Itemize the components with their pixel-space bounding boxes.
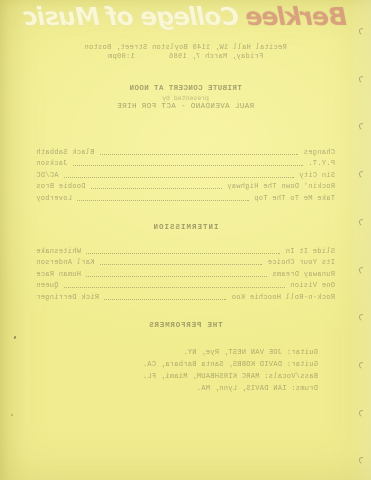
masthead-brand-red: Berklee	[247, 2, 347, 31]
setlist-row: Rock-n-Roll Hoochie KooRick Derringer	[36, 290, 335, 302]
song-title: Slide It In	[285, 248, 335, 256]
venue-line: Recital Hall 1W, 1140 Boylston Street, B…	[0, 44, 371, 52]
song-artist: Human Race	[36, 271, 81, 279]
dot-leader	[64, 177, 294, 178]
dot-leader	[64, 287, 285, 288]
setlist-row: One VisionQueen	[36, 279, 335, 291]
song-artist: Loverboy	[36, 195, 72, 203]
setlist-row: Sin CityAC/DC	[36, 168, 335, 180]
binding-hole-marks	[353, 0, 371, 480]
binding-hole-mark	[358, 75, 366, 84]
song-artist: Doobie Bros	[36, 183, 86, 191]
binding-hole-mark	[358, 409, 366, 418]
date-line: Friday, March 7, 19861:00pm	[0, 53, 371, 61]
setlist-row: Take Me To The TopLoverboy	[36, 191, 335, 203]
song-title: Sin City	[299, 172, 335, 180]
song-title: P.Y.T.	[308, 160, 335, 168]
performer-line: Guitar: JOE VAN NEST, Rye, NY.	[20, 347, 318, 359]
song-title: Changes	[303, 149, 335, 157]
event-title: TRIBUTE CONCERT AT NOON	[0, 85, 371, 93]
song-artist: Karl Anderson	[36, 259, 95, 267]
performer-line: Guitar: DAVID KOBBS, Santa Barbara, CA.	[20, 359, 318, 371]
binding-hole-mark	[358, 218, 366, 227]
setlist-row: ChangesBlack Sabbath	[36, 145, 335, 157]
dot-leader	[86, 276, 267, 277]
song-artist: Rick Derringer	[36, 294, 99, 302]
song-title: Runaway Dreams	[272, 271, 335, 279]
binding-hole-mark	[358, 27, 366, 36]
song-artist: Jackson	[36, 160, 68, 168]
binding-hole-mark	[358, 170, 366, 179]
dot-leader	[91, 188, 222, 189]
setlist-row: Its Your ChoiceKarl Anderson	[36, 256, 335, 268]
binding-hole-mark	[358, 313, 366, 322]
time-text: 1:00pm	[108, 53, 135, 61]
dot-leader	[104, 299, 226, 300]
setlist-two: Slide It InWhitesnakeIts Your ChoiceKarl…	[36, 244, 335, 302]
song-title: Rock-n-Roll Hoochie Koo	[231, 294, 335, 302]
setlist-row: Rockin' Down The HighwayDoobie Bros	[36, 180, 335, 192]
song-artist: Queen	[36, 282, 59, 290]
presented-by-line: presented by	[0, 95, 371, 102]
ink-speck	[11, 414, 13, 416]
dot-leader	[100, 264, 263, 265]
setlist-row: P.Y.T.Jackson	[36, 157, 335, 169]
song-artist: AC/DC	[36, 172, 59, 180]
bleed-through-layer: Berklee College of Music Recital Hall 1W…	[0, 0, 371, 480]
scanned-program-page: Berklee College of Music Recital Hall 1W…	[0, 0, 371, 480]
intermission-heading: INTERMISSION	[0, 224, 371, 232]
song-artist: Whitesnake	[36, 248, 81, 256]
masthead-brand-light: College of Music	[24, 2, 247, 31]
dot-leader	[77, 200, 249, 201]
binding-hole-mark	[358, 361, 366, 370]
dot-leader	[86, 253, 280, 254]
binding-hole-mark	[358, 123, 366, 132]
performer-line: Bass/Vocals: MARC KIRSHBAUM, Miami, FL.	[20, 371, 318, 383]
date-text: Friday, March 7, 1986	[169, 53, 264, 61]
performers-heading: THE PERFORMERS	[0, 322, 371, 330]
setlist-row: Slide It InWhitesnake	[36, 244, 335, 256]
dot-leader	[100, 154, 299, 155]
song-title: One Vision	[290, 282, 335, 290]
song-artist: Black Sabbath	[36, 149, 95, 157]
setlist-one: ChangesBlack SabbathP.Y.T.JacksonSin Cit…	[36, 145, 335, 203]
song-title: Rockin' Down The Highway	[227, 183, 335, 191]
binding-hole-mark	[358, 456, 366, 465]
performer-line: Drums: IAN DAVIS, Lynn, MA.	[20, 383, 318, 395]
presenter-line: RAUL AVENDANO - ACT FOR HIRE	[0, 103, 371, 111]
masthead-logo: Berklee College of Music	[0, 2, 371, 31]
performers-list: Guitar: JOE VAN NEST, Rye, NY.Guitar: DA…	[20, 347, 318, 395]
binding-hole-mark	[358, 266, 366, 275]
song-title: Its Your Choice	[267, 259, 335, 267]
dot-leader	[73, 165, 303, 166]
setlist-row: Runaway DreamsHuman Race	[36, 267, 335, 279]
song-title: Take Me To The Top	[254, 195, 335, 203]
